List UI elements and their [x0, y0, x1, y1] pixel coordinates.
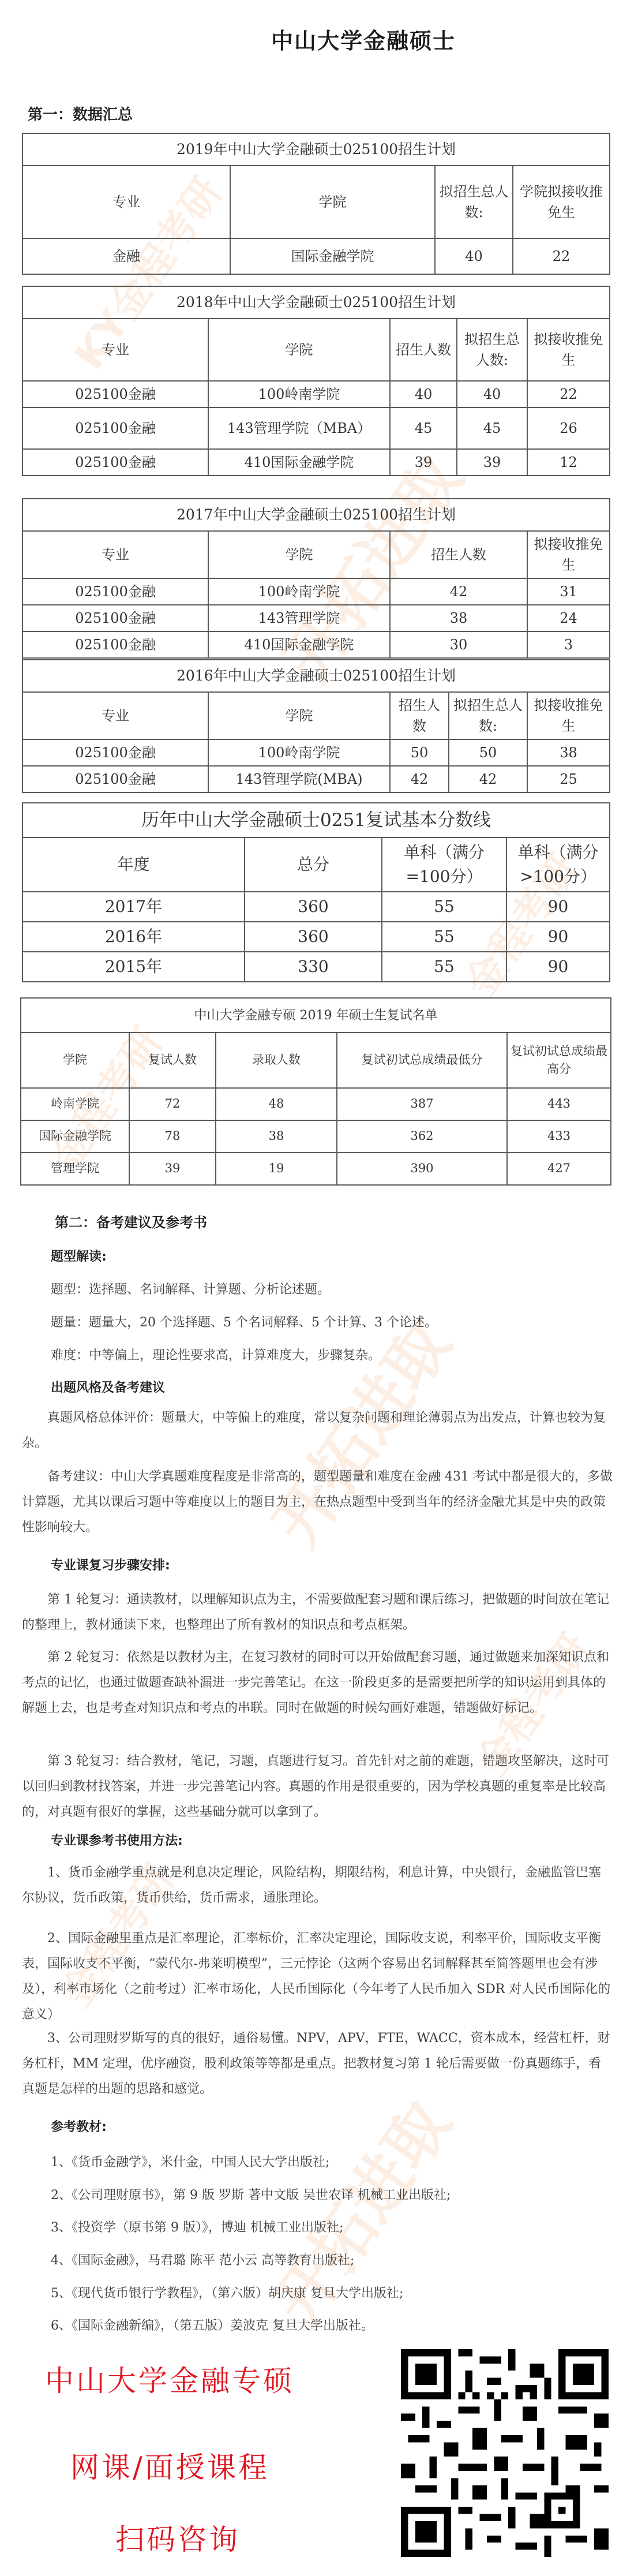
table-caption: 中山大学金融专硕 2019 年硕士生复试名单 — [21, 998, 611, 1033]
table-cell: 31 — [527, 578, 610, 605]
table-2017-plan: 2017年中山大学金融硕士025100招生计划 专业 学院 招生人数 拟接收推免… — [22, 498, 610, 659]
table-cell: 40 — [457, 381, 527, 407]
table-2019-retest-list: 中山大学金融专硕 2019 年硕士生复试名单 学院 复试人数 录取人数 复试初试… — [20, 997, 611, 1186]
table-cell: 3 — [527, 631, 610, 658]
table-cell: 100岭南学院 — [208, 578, 390, 605]
table-cell: 管理学院 — [21, 1153, 129, 1185]
table-caption: 2016年中山大学金融硕士025100招生计划 — [22, 660, 610, 692]
table-cell: 55 — [382, 892, 506, 922]
table-cell: 40 — [390, 381, 457, 407]
qr-code-icon[interactable] — [401, 2349, 609, 2557]
table-cell: 45 — [390, 407, 457, 449]
textbook-item: 3、《投资学（原书第 9 版）》，博迪 机械工业出版社; — [51, 2215, 343, 2241]
round2-text: 第 2 轮复习：依然是以教材为主，在复习教材的同时可以开始做配套习题，通过做题来… — [22, 1645, 613, 1721]
round3-text: 第 3 轮复习：结合教材，笔记，习题，真题进行复习。首先针对之前的难题，错题攻坚… — [22, 1749, 613, 1825]
method3-text: 3、公司理财罗斯写的真的很好，通俗易懂。NPV，APV，FTE，WACC，资本成… — [22, 2026, 613, 2102]
table-header: 总分 — [245, 838, 382, 892]
table-cell: 390 — [337, 1153, 507, 1185]
table-cell: 410国际金融学院 — [208, 631, 390, 658]
table-cell: 39 — [129, 1153, 216, 1185]
table-header: 专业 — [22, 319, 208, 381]
table-cell: 330 — [245, 952, 382, 982]
table-cell: 39 — [457, 449, 527, 476]
table-header: 拟接收推免生 — [527, 319, 610, 381]
table-cell: 025100金融 — [22, 631, 208, 658]
question-type-heading: 题型解读: — [51, 1247, 107, 1265]
table-cell: 025100金融 — [22, 766, 208, 792]
table-cell: 42 — [390, 766, 449, 792]
table-header: 单科（满分=100分） — [382, 838, 506, 892]
table-cell: 24 — [527, 605, 610, 631]
table-cell: 025100金融 — [22, 381, 208, 407]
table-header: 专业 — [22, 531, 208, 578]
table-cell: 025100金融 — [22, 739, 208, 766]
refbook-method-heading: 专业课参考书使用方法: — [51, 1831, 183, 1849]
table-row: 025100金融 410国际金融学院 30 3 — [22, 631, 610, 658]
table-cell: 90 — [506, 952, 610, 982]
promo-courses: 网课/面授课程 — [70, 2444, 269, 2486]
table-header: 拟接收推免生 — [527, 692, 610, 739]
table-cell: 72 — [129, 1088, 216, 1120]
table-cell: 12 — [527, 449, 610, 476]
table-header: 招生人数 — [390, 692, 449, 739]
table-cell: 360 — [245, 922, 382, 952]
round1-text: 第 1 轮复习：通读教材，以理解知识点为主，不需要做配套习题和课后练习，把做题的… — [22, 1587, 613, 1638]
table-cell: 143管理学院(MBA) — [208, 766, 390, 792]
table-header: 复试人数 — [129, 1033, 216, 1088]
table-cell: 2017年 — [22, 892, 245, 922]
table-cell: 025100金融 — [22, 449, 208, 476]
table-row: 025100金融 143管理学院（MBA） 45 45 26 — [22, 407, 610, 449]
textbook-item: 6、《国际金融新编》，（第五版）姜波克 复旦大学出版社。 — [51, 2313, 374, 2339]
table-header: 招生人数 — [390, 319, 457, 381]
table-caption: 2018年中山大学金融硕士025100招生计划 — [22, 286, 610, 319]
table-cell: 362 — [337, 1120, 507, 1153]
style-eval-text: 真题风格总体评价：题量大，中等偏上的难度，常以复杂问题和理论薄弱点为出发点，计算… — [22, 1405, 613, 1456]
table-cell: 025100金融 — [22, 407, 208, 449]
table-caption: 历年中山大学金融硕士0251复试基本分数线 — [22, 803, 610, 838]
table-row: 2015年 330 55 90 — [22, 952, 610, 982]
table-cell: 26 — [527, 407, 610, 449]
table-row: 025100金融 410国际金融学院 39 39 12 — [22, 449, 610, 476]
section2-heading: 第二：备考建议及参考书 — [55, 1211, 207, 1231]
table-cell: 2015年 — [22, 952, 245, 982]
table-caption: 2019年中山大学金融硕士025100招生计划 — [22, 133, 610, 166]
table-row: 国际金融学院 78 38 362 433 — [21, 1120, 611, 1153]
table-header: 学院 — [21, 1033, 129, 1088]
table-retest-score-lines: 历年中山大学金融硕士0251复试基本分数线 年度 总分 单科（满分=100分） … — [22, 802, 610, 982]
table-header: 复试初试总成绩最低分 — [337, 1033, 507, 1088]
style-heading: 出题风格及备考建议 — [51, 1378, 165, 1396]
table-row: 2016年 360 55 90 — [22, 922, 610, 952]
table-header: 复试初试总成绩最高分 — [507, 1033, 611, 1088]
table-cell: 38 — [216, 1120, 337, 1153]
table-cell: 48 — [216, 1088, 337, 1120]
table-cell: 50 — [449, 739, 527, 766]
table-header: 学院 — [208, 531, 390, 578]
table-cell: 143管理学院（MBA） — [208, 407, 390, 449]
table-cell: 22 — [513, 238, 610, 274]
table-header: 拟招生总人数: — [449, 692, 527, 739]
table-cell: 55 — [382, 952, 506, 982]
table-cell: 2016年 — [22, 922, 245, 952]
table-cell: 45 — [457, 407, 527, 449]
table-cell: 40 — [435, 238, 513, 274]
prep-advice-text: 备考建议：中山大学真题难度程度是非常高的，题型题量和难度在金融 431 考试中都… — [22, 1464, 613, 1541]
table-2019-plan: 2019年中山大学金融硕士025100招生计划 专业 学院 拟招生总人数: 学院… — [22, 133, 610, 275]
table-row: 025100金融 100岭南学院 50 50 38 — [22, 739, 610, 766]
table-header: 专业 — [22, 692, 208, 739]
table-header: 学院 — [208, 319, 390, 381]
textbook-item: 5、《现代货币银行学教程》，（第六版）胡庆康 复旦大学出版社; — [51, 2281, 403, 2306]
table-cell: 025100金融 — [22, 578, 208, 605]
table-cell: 30 — [390, 631, 527, 658]
textbook-item: 2、《公司理财原书》，第 9 版 罗斯 著中文版 吴世农译 机械工业出版社; — [51, 2183, 451, 2208]
table-cell: 22 — [527, 381, 610, 407]
promo-title: 中山大学金融专硕 — [45, 2358, 294, 2399]
table-cell: 433 — [507, 1120, 611, 1153]
textbook-item: 4、《国际金融》，马君璐 陈平 范小云 高等教育出版社; — [51, 2248, 354, 2274]
table-header: 学院拟接收推免生 — [513, 166, 610, 238]
table-2018-plan: 2018年中山大学金融硕士025100招生计划 专业 学院 招生人数 拟招生总人… — [22, 286, 610, 476]
table-header: 学院 — [208, 692, 390, 739]
table-header: 拟招生总人数: — [435, 166, 513, 238]
table-header: 学院 — [230, 166, 435, 238]
table-cell: 90 — [506, 922, 610, 952]
method2-text: 2、国际金融里重点是汇率理论，汇率标价，汇率决定理论，国际收支说，利率平价，国际… — [22, 1926, 613, 2028]
textbooks-heading: 参考教材: — [51, 2117, 107, 2135]
promo-scan: 扫码咨询 — [115, 2517, 240, 2558]
table-cell: 90 — [506, 892, 610, 922]
difficulty-text: 难度：中等偏上，理论性要求高，计算难度大，步骤复杂。 — [51, 1343, 381, 1369]
table-cell: 19 — [216, 1153, 337, 1185]
table-header: 专业 — [22, 166, 230, 238]
table-2016-plan: 2016年中山大学金融硕士025100招生计划 专业 学院 招生人数 拟招生总人… — [22, 659, 610, 793]
table-cell: 78 — [129, 1120, 216, 1153]
table-cell: 岭南学院 — [21, 1088, 129, 1120]
table-header: 拟接收推免生 — [527, 531, 610, 578]
table-cell: 100岭南学院 — [208, 739, 390, 766]
table-header: 招生人数 — [390, 531, 527, 578]
table-cell: 55 — [382, 922, 506, 952]
question-volume-text: 题量：题量大，20 个选择题、5 个名词解释、5 个计算、3 个论述。 — [51, 1310, 437, 1336]
table-cell: 50 — [390, 739, 449, 766]
table-caption: 2017年中山大学金融硕士025100招生计划 — [22, 499, 610, 531]
document-title: 中山大学金融硕士 — [0, 23, 623, 55]
table-row: 025100金融 143管理学院(MBA) 42 42 25 — [22, 766, 610, 792]
table-cell: 387 — [337, 1088, 507, 1120]
table-cell: 443 — [507, 1088, 611, 1120]
table-cell: 410国际金融学院 — [208, 449, 390, 476]
table-header: 年度 — [22, 838, 245, 892]
table-cell: 38 — [527, 739, 610, 766]
question-types-text: 题型：选择题、名词解释、计算题、分析论述题。 — [51, 1277, 330, 1303]
table-header: 单科（满分>100分） — [506, 838, 610, 892]
table-cell: 金融 — [22, 238, 230, 274]
table-cell: 39 — [390, 449, 457, 476]
table-row: 岭南学院 72 48 387 443 — [21, 1088, 611, 1120]
table-cell: 38 — [390, 605, 527, 631]
textbook-item: 1、《货币金融学》，米什金，中国人民大学出版社; — [51, 2150, 329, 2175]
table-header: 录取人数 — [216, 1033, 337, 1088]
table-cell: 100岭南学院 — [208, 381, 390, 407]
table-row: 管理学院 39 19 390 427 — [21, 1153, 611, 1185]
method1-text: 1、货币金融学重点就是利息决定理论，风险结构，期限结构，利息计算，中央银行，金融… — [22, 1860, 613, 1911]
table-row: 2017年 360 55 90 — [22, 892, 610, 922]
section1-heading: 第一：数据汇总 — [28, 103, 133, 124]
review-steps-heading: 专业课复习步骤安排: — [51, 1556, 170, 1573]
table-cell: 42 — [390, 578, 527, 605]
table-row: 025100金融 100岭南学院 40 40 22 — [22, 381, 610, 407]
table-cell: 25 — [527, 766, 610, 792]
table-cell: 427 — [507, 1153, 611, 1185]
table-cell: 025100金融 — [22, 605, 208, 631]
table-row: 金融 国际金融学院 40 22 — [22, 238, 610, 274]
table-cell: 42 — [449, 766, 527, 792]
table-header: 拟招生总人数: — [457, 319, 527, 381]
table-cell: 国际金融学院 — [230, 238, 435, 274]
table-cell: 360 — [245, 892, 382, 922]
table-row: 025100金融 143管理学院 38 24 — [22, 605, 610, 631]
table-cell: 143管理学院 — [208, 605, 390, 631]
table-cell: 国际金融学院 — [21, 1120, 129, 1153]
table-row: 025100金融 100岭南学院 42 31 — [22, 578, 610, 605]
